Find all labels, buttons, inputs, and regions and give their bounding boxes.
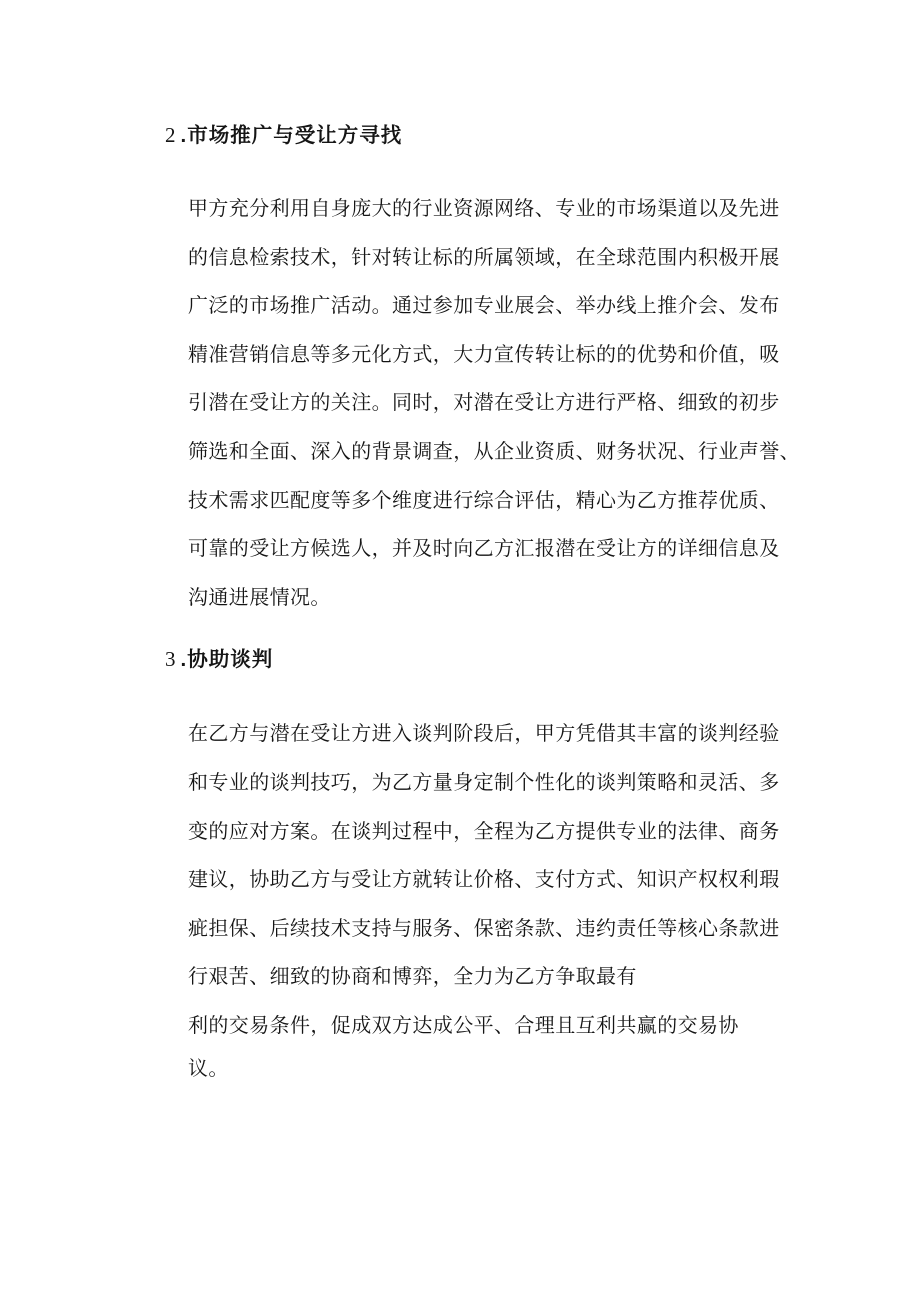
section-number: 2: [165, 121, 176, 149]
paragraph: 在乙方与潜在受让方进入谈判阶段后，甲方凭借其丰富的谈判经验和专业的谈判技巧，为乙…: [188, 710, 828, 1002]
text-line: 和专业的谈判技巧，为乙方量身定制个性化的谈判策略和灵活、多: [188, 759, 828, 808]
text-line: 甲方充分利用自身庞大的行业资源网络、专业的市场渠道以及先进: [188, 185, 828, 234]
text-line: 沟通进展情况。: [188, 574, 828, 623]
text-line: 建议，协助乙方与受让方就转让价格、支付方式、知识产权权利瑕: [188, 856, 828, 905]
section-number-separator: .: [181, 122, 188, 150]
section-heading: 2.市场推广与受让方寻找: [165, 121, 828, 150]
section-heading: 3.协助谈判: [165, 645, 828, 674]
section-number-separator: .: [181, 646, 188, 674]
text-line: 变的应对方案。在谈判过程中，全程为乙方提供专业的法律、商务: [188, 808, 828, 857]
text-line: 精准营销信息等多元化方式，大力宣传转让标的的优势和价值，吸: [188, 331, 828, 380]
text-line: 疵担保、后续技术支持与服务、保密条款、违约责任等核心条款进: [188, 905, 828, 954]
paragraph: 甲方充分利用自身庞大的行业资源网络、专业的市场渠道以及先进的信息检索技术，针对转…: [188, 185, 828, 622]
text-line: 筛选和全面、深入的背景调查，从企业资质、财务状况、行业声誉、: [188, 428, 828, 477]
text-line: 技术需求匹配度等多个维度进行综合评估，精心为乙方推荐优质、: [188, 477, 828, 526]
text-line: 可靠的受让方候选人，并及时向乙方汇报潜在受让方的详细信息及: [188, 525, 828, 574]
section-title: 市场推广与受让方寻找: [187, 122, 402, 150]
document-content: 2.市场推广与受让方寻找甲方充分利用自身庞大的行业资源网络、专业的市场渠道以及先…: [188, 0, 828, 1092]
text-line: 利的交易条件，促成双方达成公平、合理且互利共赢的交易协: [188, 1005, 828, 1049]
text-line: 引潜在受让方的关注。同时，对潜在受让方进行严格、细致的初步: [188, 379, 828, 428]
text-line: 在乙方与潜在受让方进入谈判阶段后，甲方凭借其丰富的谈判经验: [188, 710, 828, 759]
text-line: 广泛的市场推广活动。通过参加专业展会、举办线上推介会、发布: [188, 282, 828, 331]
text-line: 行艰苦、细致的协商和博弈，全力为乙方争取最有: [188, 953, 828, 1002]
section-number: 3: [165, 645, 176, 673]
paragraph: 利的交易条件，促成双方达成公平、合理且互利共赢的交易协议。: [188, 1005, 828, 1092]
section-title: 协助谈判: [187, 646, 273, 674]
text-line: 议。: [188, 1048, 828, 1092]
text-line: 的信息检索技术，针对转让标的所属领域，在全球范围内积极开展: [188, 234, 828, 283]
document-page: 2.市场推广与受让方寻找甲方充分利用自身庞大的行业资源网络、专业的市场渠道以及先…: [0, 0, 920, 1301]
